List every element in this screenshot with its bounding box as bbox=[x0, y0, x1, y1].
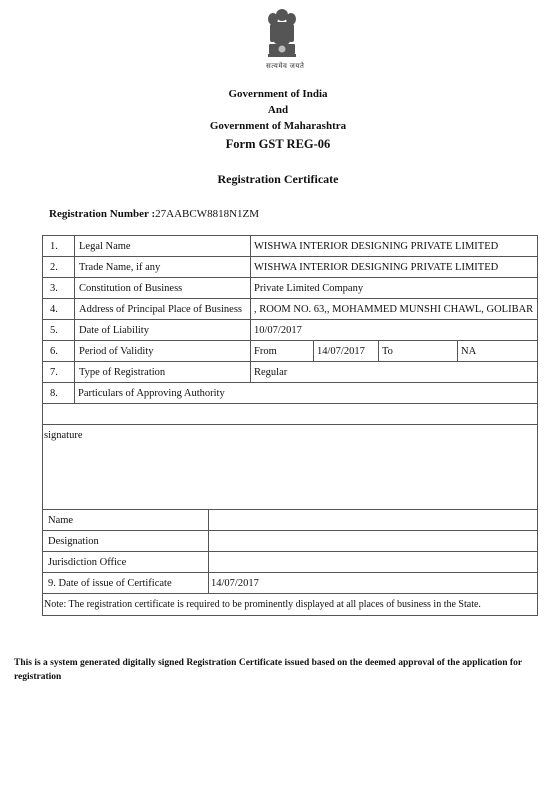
issue-date-label: 9. Date of issue of Certificate bbox=[43, 573, 208, 593]
table-row: 7. Type of Registration Regular bbox=[43, 362, 537, 383]
certificate-title: Registration Certificate bbox=[0, 172, 556, 187]
row-number: 5. bbox=[43, 320, 74, 340]
authority-name-value bbox=[208, 510, 537, 530]
trade-name-value: WISHWA INTERIOR DESIGNING PRIVATE LIMITE… bbox=[250, 257, 537, 277]
table-row: 9. Date of issue of Certificate 14/07/20… bbox=[43, 573, 537, 594]
row-number: 7. bbox=[43, 362, 74, 382]
table-row: Jurisdiction Office bbox=[43, 552, 537, 573]
row-label: Constitution of Business bbox=[74, 278, 250, 298]
blank-row bbox=[43, 404, 537, 425]
form-title: Form GST REG-06 bbox=[0, 137, 556, 152]
table-row: 8. Particulars of Approving Authority bbox=[43, 383, 537, 404]
table-row: Name bbox=[43, 510, 537, 531]
registration-number-value: 27AABCW8818N1ZM bbox=[155, 208, 259, 220]
jurisdiction-value bbox=[208, 552, 537, 572]
signature-label: signature bbox=[43, 425, 83, 509]
footer-disclaimer: This is a system generated digitally sig… bbox=[14, 656, 544, 684]
legal-name-value: WISHWA INTERIOR DESIGNING PRIVATE LIMITE… bbox=[250, 236, 537, 256]
designation-label: Designation bbox=[43, 531, 208, 551]
designation-value bbox=[208, 531, 537, 551]
national-emblem-icon bbox=[262, 6, 302, 70]
table-row: 4. Address of Principal Place of Busines… bbox=[43, 299, 537, 320]
table-row: 1. Legal Name WISHWA INTERIOR DESIGNING … bbox=[43, 236, 537, 257]
table-row: 3. Constitution of Business Private Limi… bbox=[43, 278, 537, 299]
registration-number-label: Registration Number : bbox=[49, 208, 155, 220]
emblem-motto: सत्यमेव जयते bbox=[266, 62, 304, 71]
row-label: Period of Validity bbox=[74, 341, 250, 361]
row-label: Particulars of Approving Authority bbox=[74, 383, 537, 403]
note-row: Note: The registration certificate is re… bbox=[43, 594, 537, 615]
constitution-value: Private Limited Company bbox=[250, 278, 537, 298]
address-value: , ROOM NO. 63,, MOHAMMED MUNSHI CHAWL, G… bbox=[250, 299, 537, 319]
authority-name-label: Name bbox=[43, 510, 208, 530]
header-line-2: And bbox=[0, 104, 556, 116]
registration-type-value: Regular bbox=[250, 362, 537, 382]
row-number: 3. bbox=[43, 278, 74, 298]
row-label: Address of Principal Place of Business bbox=[74, 299, 250, 319]
header-line-1: Government of India bbox=[0, 88, 556, 100]
row-number: 8. bbox=[43, 383, 74, 403]
table-row: 6. Period of Validity From 14/07/2017 To… bbox=[43, 341, 537, 362]
validity-to-value: NA bbox=[457, 341, 537, 361]
row-number: 4. bbox=[43, 299, 74, 319]
row-number: 1. bbox=[43, 236, 74, 256]
registration-number: Registration Number :27AABCW8818N1ZM bbox=[49, 208, 259, 220]
validity-from-value: 14/07/2017 bbox=[313, 341, 378, 361]
table-row: 2. Trade Name, if any WISHWA INTERIOR DE… bbox=[43, 257, 537, 278]
header-line-3: Government of Maharashtra bbox=[0, 120, 556, 132]
liability-date-value: 10/07/2017 bbox=[250, 320, 537, 340]
row-label: Type of Registration bbox=[74, 362, 250, 382]
table-row: Designation bbox=[43, 531, 537, 552]
signature-row: signature bbox=[43, 425, 537, 510]
issue-date-value: 14/07/2017 bbox=[208, 573, 537, 593]
table-row: 5. Date of Liability 10/07/2017 bbox=[43, 320, 537, 341]
row-label: Legal Name bbox=[74, 236, 250, 256]
jurisdiction-label: Jurisdiction Office bbox=[43, 552, 208, 572]
row-label: Date of Liability bbox=[74, 320, 250, 340]
row-number: 2. bbox=[43, 257, 74, 277]
certificate-table: 1. Legal Name WISHWA INTERIOR DESIGNING … bbox=[42, 235, 538, 616]
row-label: Trade Name, if any bbox=[74, 257, 250, 277]
note-text: Note: The registration certificate is re… bbox=[43, 594, 537, 615]
validity-to-label: To bbox=[378, 341, 457, 361]
row-number: 6. bbox=[43, 341, 74, 361]
validity-from-label: From bbox=[250, 341, 313, 361]
